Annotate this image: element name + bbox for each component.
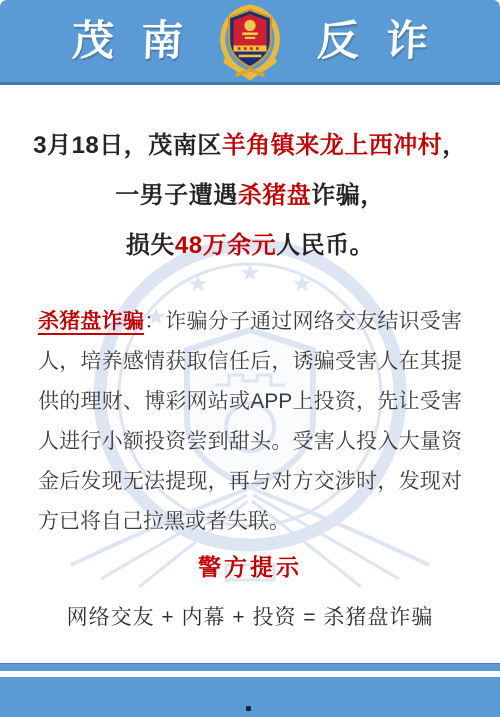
case-headline: 3月18日，茂南区羊角镇来龙上西冲村， 一男子遭遇杀猪盘诈骗， 损失48万余元人… — [0, 121, 500, 271]
police-tips-title: 警方提示 — [0, 549, 500, 582]
police-badge-icon — [210, 2, 290, 82]
headline-line-1: 3月18日，茂南区羊角镇来龙上西冲村， — [0, 121, 500, 171]
headline-line3-tail: 人民币。 — [276, 232, 374, 259]
headline-line-2: 一男子遭遇杀猪盘诈骗， — [0, 171, 500, 221]
header-char-mao: 茂 — [71, 20, 114, 62]
headline-line1-red: 羊角镇来龙上西冲村 — [222, 132, 443, 159]
scam-formula: 网络交友 + 内幕 + 投资 = 杀猪盘诈骗 — [0, 601, 500, 631]
headline-line1-dark: 3月18日，茂南区 — [33, 132, 222, 159]
footer-band — [0, 677, 500, 717]
header-banner: 茂 南 反 诈 — [0, 0, 500, 85]
headline-line3-red: 48万余元 — [175, 232, 276, 259]
footer-stripe — [0, 663, 500, 671]
headline-line1-tail: ， — [442, 132, 467, 159]
scam-definition-paragraph: 杀猪盘诈骗：诈骗分子通过网络交友结识受害人，培养感情获取信任后，诱骗受害人在其提… — [38, 302, 462, 542]
scam-term: 杀猪盘诈骗 — [38, 310, 144, 333]
headline-line2-tail: 诈骗， — [311, 182, 385, 209]
headline-line-3: 损失48万余元人民币。 — [0, 221, 500, 271]
header-char-fan: 反 — [316, 20, 359, 62]
header-char-nan: 南 — [140, 20, 183, 62]
scam-definition-body: 诈骗分子通过网络交友结识受害人，培养感情获取信任后，诱骗受害人在其提供的理财、博… — [38, 310, 462, 533]
headline-line2-dark: 一男子遭遇 — [115, 182, 238, 209]
footer-dot — [246, 706, 251, 711]
headline-line3-dark: 损失 — [126, 232, 175, 259]
scam-colon: ： — [144, 310, 165, 333]
headline-line2-red: 杀猪盘 — [238, 182, 312, 209]
header-char-zha: 诈 — [385, 20, 428, 62]
anti-fraud-poster: 茂 南 反 诈 — [0, 0, 500, 717]
